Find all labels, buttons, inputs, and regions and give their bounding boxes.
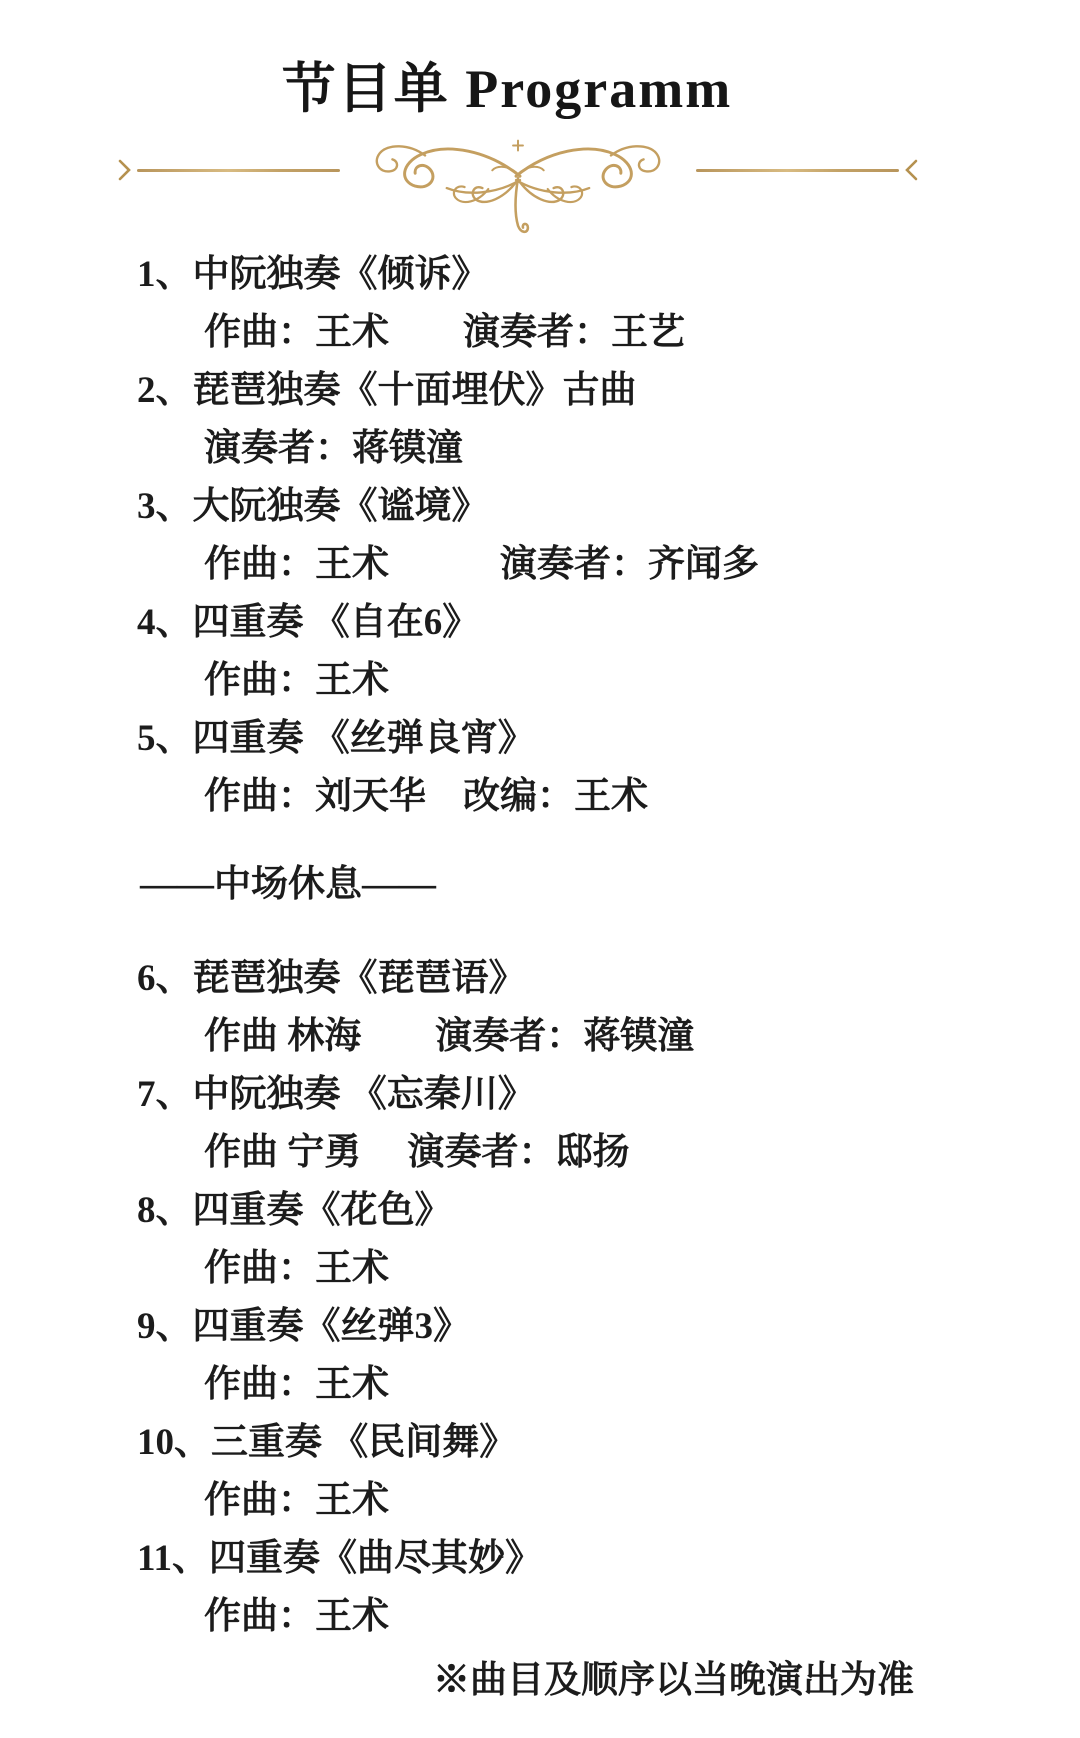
- program-item: 8、四重奏《花色》: [0, 1182, 1080, 1240]
- program-item: 9、四重奏《丝弹3》: [0, 1298, 1080, 1356]
- item-number: 7、: [137, 1074, 193, 1115]
- program-second-half: 6、琵琶独奏《琵琶语》 作曲 林海 演奏者：蒋镆潼 7、中阮独奏 《忘秦川》 作…: [0, 950, 1080, 1646]
- program-item: 4、四重奏 《自在6》: [0, 594, 1080, 652]
- item-credit: 作曲：刘天华 改编：王术: [0, 768, 1080, 826]
- program-list: 1、中阮独奏《倾诉》 作曲：王术 演奏者：王艺 2、琵琶独奏《十面埋伏》古曲 演…: [0, 246, 1080, 1710]
- item-credit: 作曲 林海 演奏者：蒋镆潼: [0, 1008, 1080, 1066]
- item-credit: 作曲 宁勇 演奏者：邸扬: [0, 1124, 1080, 1182]
- item-title: 中阮独奏 《忘秦川》: [193, 1074, 535, 1115]
- item-title: 四重奏《花色》: [193, 1190, 452, 1231]
- item-number: 11、: [137, 1538, 209, 1579]
- item-number: 2、: [137, 370, 193, 411]
- item-number: 3、: [137, 486, 193, 527]
- item-number: 9、: [137, 1306, 193, 1347]
- page-title: 节目单 Programm: [0, 0, 1080, 116]
- item-credit: 作曲：王术 演奏者：齐闻多: [0, 536, 1080, 594]
- item-title: 琵琶独奏《琵琶语》: [193, 958, 526, 999]
- item-title: 四重奏 《自在6》: [193, 602, 480, 643]
- item-title: 四重奏《曲尽其妙》: [209, 1538, 542, 1579]
- item-number: 4、: [137, 602, 193, 643]
- program-item: 6、琵琶独奏《琵琶语》: [0, 950, 1080, 1008]
- program-item: 5、四重奏 《丝弹良宵》: [0, 710, 1080, 768]
- flourish-ornament-icon: [340, 134, 696, 254]
- intermission-label: ——中场休息——: [0, 856, 1080, 914]
- program-item: 7、中阮独奏 《忘秦川》: [0, 1066, 1080, 1124]
- item-credit: 作曲：王术: [0, 1472, 1080, 1530]
- item-number: 6、: [137, 958, 193, 999]
- program-item: 11、四重奏《曲尽其妙》: [0, 1530, 1080, 1588]
- program-item: 1、中阮独奏《倾诉》: [0, 246, 1080, 304]
- footnote: ※曲目及顺序以当晚演出为准: [0, 1652, 1080, 1710]
- item-number: 5、: [137, 718, 193, 759]
- item-credit: 演奏者：蒋镆潼: [0, 420, 1080, 478]
- divider-left-chevron-icon: [899, 158, 924, 182]
- divider-right-chevron-icon: [112, 158, 137, 182]
- program-item: 2、琵琶独奏《十面埋伏》古曲: [0, 362, 1080, 420]
- ornamental-divider: [112, 138, 924, 202]
- item-title: 中阮独奏《倾诉》: [193, 254, 489, 295]
- item-number: 8、: [137, 1190, 193, 1231]
- item-credit: 作曲：王术: [0, 1588, 1080, 1646]
- divider-line-left: [137, 169, 340, 172]
- program-item: 10、三重奏 《民间舞》: [0, 1414, 1080, 1472]
- item-credit: 作曲：王术: [0, 1356, 1080, 1414]
- item-title: 琵琶独奏《十面埋伏》古曲: [193, 370, 637, 411]
- item-number: 10、: [137, 1422, 211, 1463]
- item-credit: 作曲：王术 演奏者：王艺: [0, 304, 1080, 362]
- program-first-half: 1、中阮独奏《倾诉》 作曲：王术 演奏者：王艺 2、琵琶独奏《十面埋伏》古曲 演…: [0, 246, 1080, 826]
- item-title: 三重奏 《民间舞》: [211, 1422, 516, 1463]
- program-page: 节目单 Programm: [0, 0, 1080, 1738]
- item-title: 四重奏 《丝弹良宵》: [193, 718, 535, 759]
- item-number: 1、: [137, 254, 193, 295]
- item-credit: 作曲：王术: [0, 652, 1080, 710]
- item-title: 四重奏《丝弹3》: [193, 1306, 471, 1347]
- item-credit: 作曲：王术: [0, 1240, 1080, 1298]
- program-item: 3、大阮独奏《谧境》: [0, 478, 1080, 536]
- divider-line-right: [696, 169, 899, 172]
- item-title: 大阮独奏《谧境》: [193, 486, 489, 527]
